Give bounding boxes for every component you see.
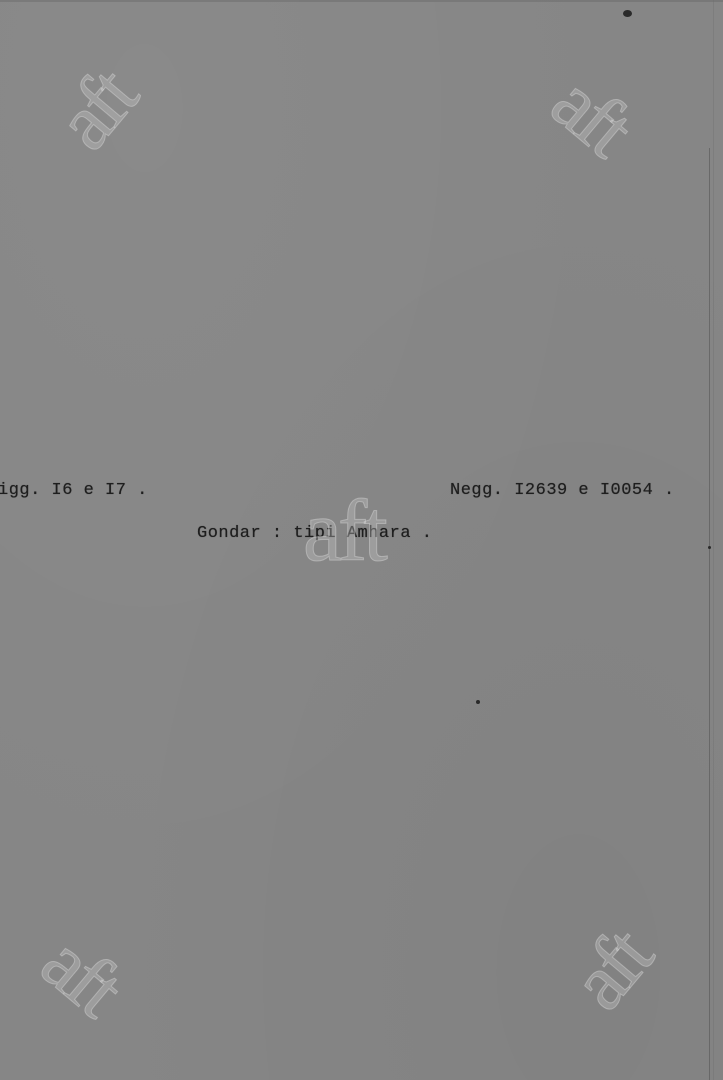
scanned-card: aft aft aft aft igg. I6 e I7 . Negg. I26…: [0, 0, 723, 1080]
watermark-top-left: aft: [42, 57, 150, 164]
watermark-bottom-left: aft: [28, 921, 135, 1029]
ink-speck: [476, 700, 480, 704]
watermark-top-right: aft: [538, 61, 645, 169]
watermark-bottom-right: aft: [557, 917, 665, 1024]
ink-speck: [623, 10, 632, 17]
right-negative-reference: Negg. I2639 e I0054 .: [450, 481, 675, 500]
left-negative-reference: igg. I6 e I7 .: [0, 481, 148, 500]
top-edge: [0, 0, 723, 2]
card-edge-line: [709, 148, 710, 1080]
scan-edge-line: [713, 0, 714, 1080]
caption-text: Gondar : tipi Amhara .: [197, 524, 432, 543]
ink-speck: [708, 546, 711, 549]
